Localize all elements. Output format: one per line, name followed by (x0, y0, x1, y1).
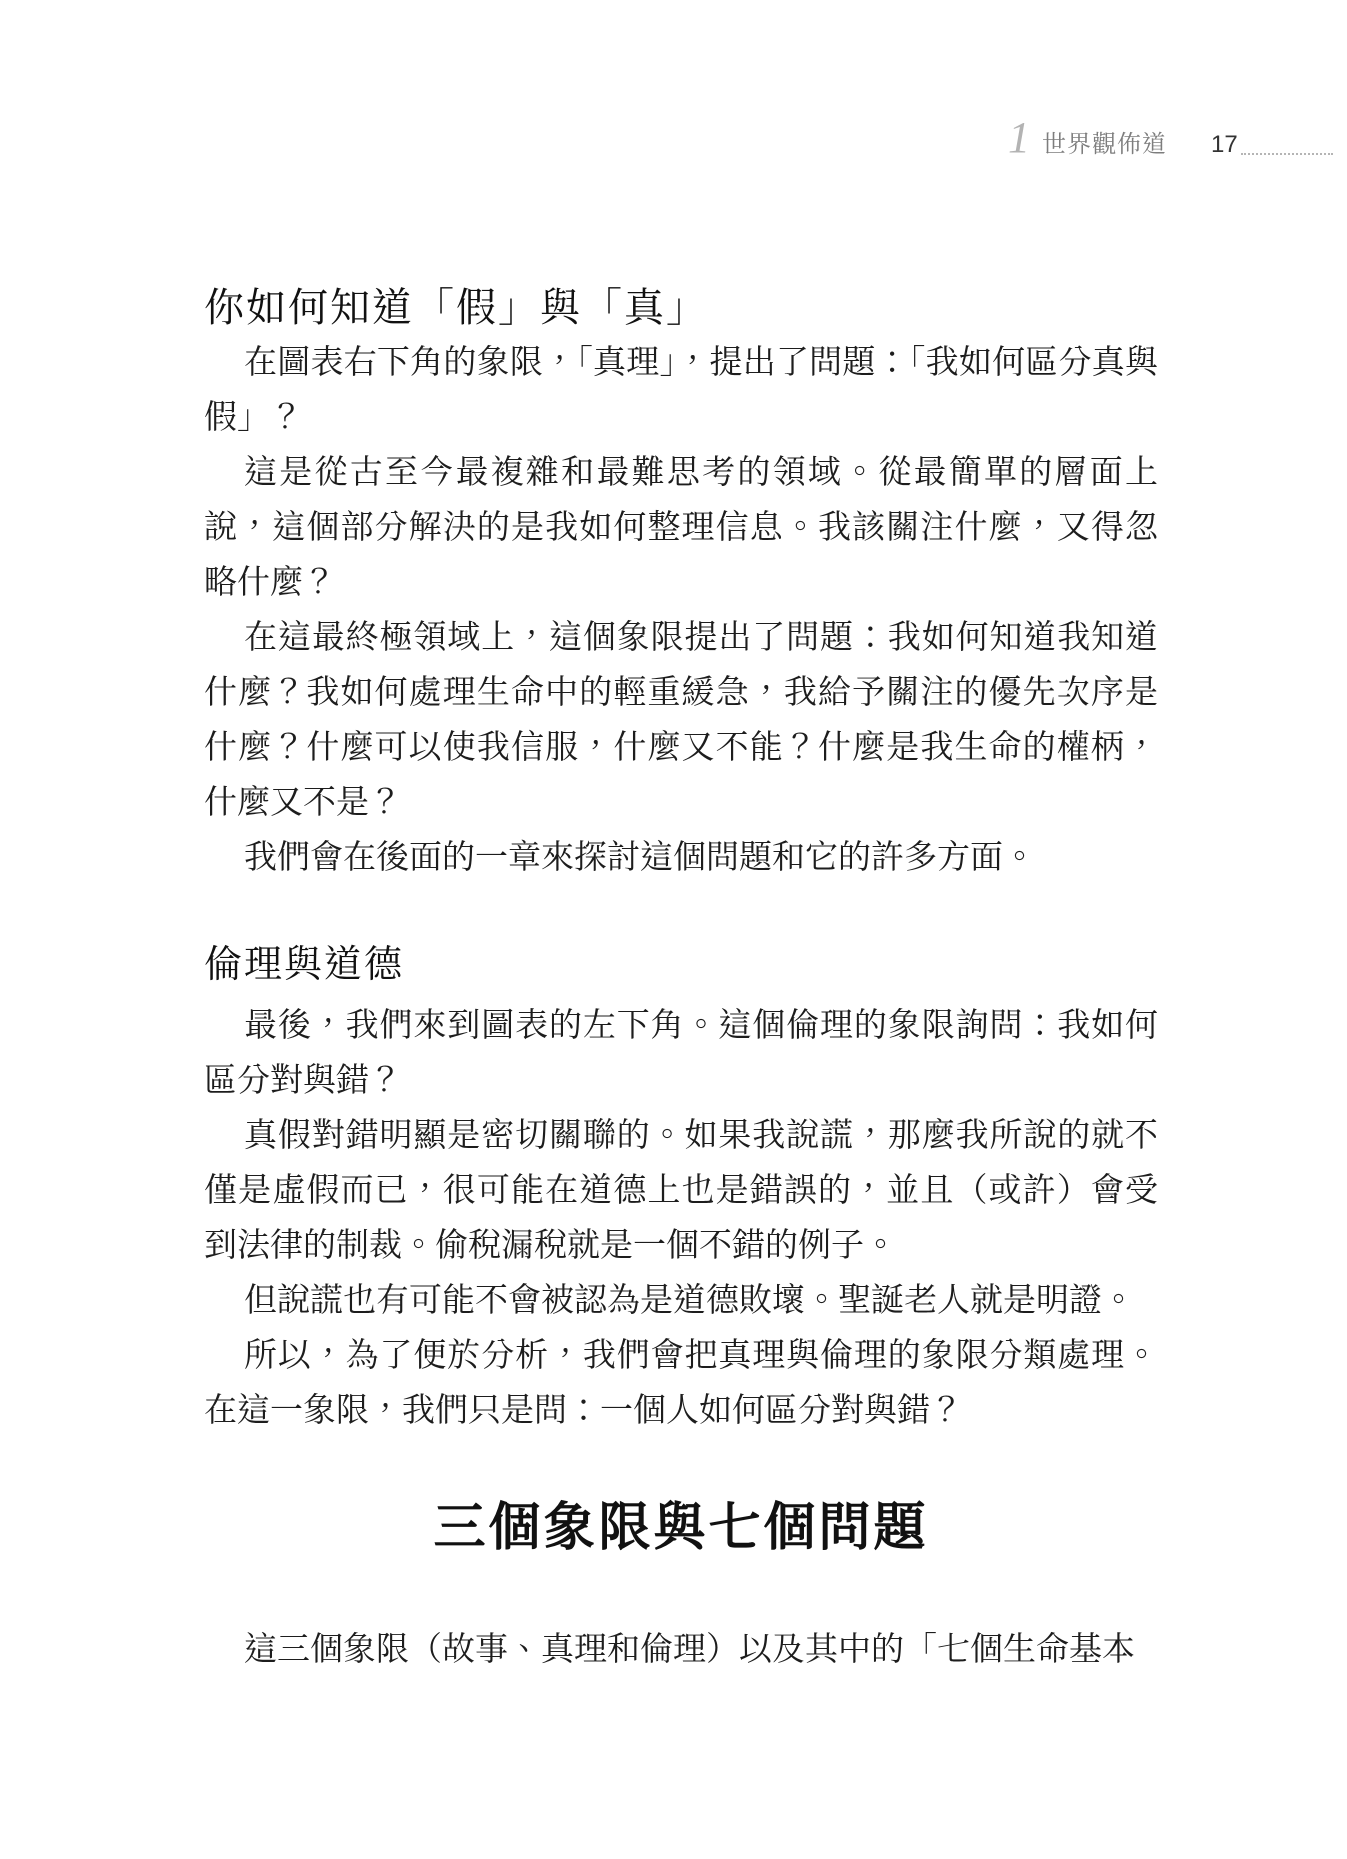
paragraph: 在這最終極領域上，這個象限提出了問題：我如何知道我知道什麼？我如何處理生命中的輕… (204, 611, 1158, 831)
section-heading-ethics-morals: 倫理與道德 (204, 941, 1158, 989)
paragraph: 真假對錯明顯是密切關聯的。如果我說謊，那麼我所說的就不僅是虛假而已，很可能在道德… (204, 1109, 1158, 1274)
chapter-section-title: 三個象限與七個問題 (204, 1497, 1158, 1561)
paragraph: 最後，我們來到圖表的左下角。這個倫理的象限詢問：我如何區分對與錯？ (204, 999, 1158, 1109)
book-page: 1 世界觀佈道 17 你如何知道「假」與「真」 在圖表右下角的象限，「真理」，提… (0, 0, 1347, 1859)
chapter-number: 1 (1008, 116, 1030, 160)
section-heading-true-false: 你如何知道「假」與「真」 (204, 282, 1158, 334)
page-number-dotted-rule (1241, 153, 1333, 155)
paragraph: 但說謊也有可能不會被認為是道德敗壞。聖誕老人就是明證。 (204, 1274, 1158, 1329)
paragraph: 所以，為了便於分析，我們會把真理與倫理的象限分類處理。在這一象限，我們只是問：一… (204, 1329, 1158, 1439)
paragraph: 在圖表右下角的象限，「真理」，提出了問題：「我如何區分真與假」？ (204, 336, 1158, 446)
running-head: 1 世界觀佈道 17 (1008, 116, 1333, 160)
page-number: 17 (1211, 131, 1238, 159)
closing-paragraph: 這三個象限（故事、真理和倫理）以及其中的「七個生命基本 (204, 1623, 1158, 1678)
paragraph: 這是從古至今最複雜和最難思考的領域。從最簡單的層面上說，這個部分解決的是我如何整… (204, 446, 1158, 611)
paragraph: 我們會在後面的一章來探討這個問題和它的許多方面。 (204, 831, 1158, 886)
page-content: 你如何知道「假」與「真」 在圖表右下角的象限，「真理」，提出了問題：「我如何區分… (204, 270, 1158, 1678)
chapter-title: 世界觀佈道 (1042, 124, 1167, 159)
